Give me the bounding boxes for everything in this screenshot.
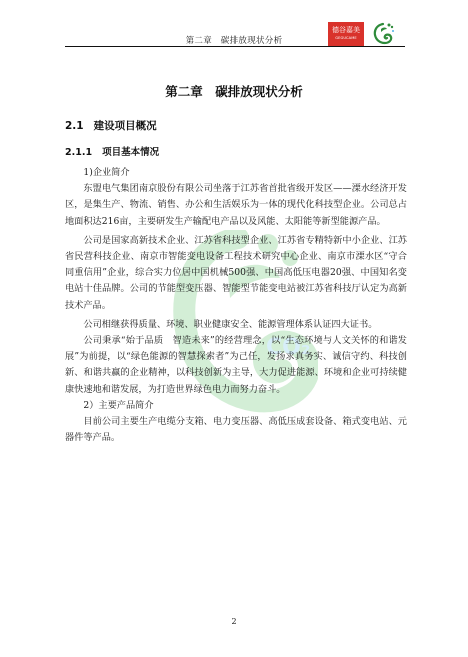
item-heading-main-products: 2）主要产品简介 <box>65 398 407 414</box>
section-heading: 2.1建设项目概况 <box>65 118 157 133</box>
item-heading-company-intro: 1)企业简介 <box>65 165 407 181</box>
section-number: 2.1 <box>65 120 84 132</box>
document-page: 第二章 碳排放现状分析 德谷嘉美 GEGUCAME CO₂ 第二章 碳排放现状分… <box>0 0 468 657</box>
header-divider <box>65 46 405 47</box>
section-title: 建设项目概况 <box>94 120 157 132</box>
paragraph-business-philosophy: 公司秉承“始于品质 智造未来”的经营理念，以“生态环境与人文关怀的和谐发展”为前… <box>65 333 407 398</box>
subsection-number: 2.1.1 <box>65 147 92 158</box>
page-number: 2 <box>0 617 468 626</box>
brand-logo-cn-text: 德谷嘉美 <box>328 26 364 35</box>
chapter-title: 第二章 碳排放现状分析 <box>0 82 468 100</box>
subsection-title: 项目基本情况 <box>102 147 159 158</box>
leaf-logo-icon <box>368 21 398 46</box>
paragraph-certifications: 公司相继获得质量、环境、职业健康安全、能源管理体系认证四大证书。 <box>65 317 407 333</box>
brand-logo-red: 德谷嘉美 GEGUCAME <box>328 22 364 46</box>
paragraph-main-products: 目前公司主要生产电缆分支箱、电力变压器、高低压成套设备、箱式变电站、元器件等产品… <box>65 414 407 446</box>
paragraph-company-honors: 公司是国家高新技术企业、江苏省科技型企业、江苏省专精特新中小企业、江苏省民营科技… <box>65 233 407 314</box>
subsection-heading: 2.1.1项目基本情况 <box>65 144 159 158</box>
body-content: 1)企业简介 东盟电气集团南京股份有限公司坐落于江苏省首批省级开发区——溧水经济… <box>65 165 407 446</box>
brand-logo-en-text: GEGUCAME <box>328 35 364 41</box>
paragraph-company-location: 东盟电气集团南京股份有限公司坐落于江苏省首批省级开发区——溧水经济开发区，是集生… <box>65 181 407 230</box>
